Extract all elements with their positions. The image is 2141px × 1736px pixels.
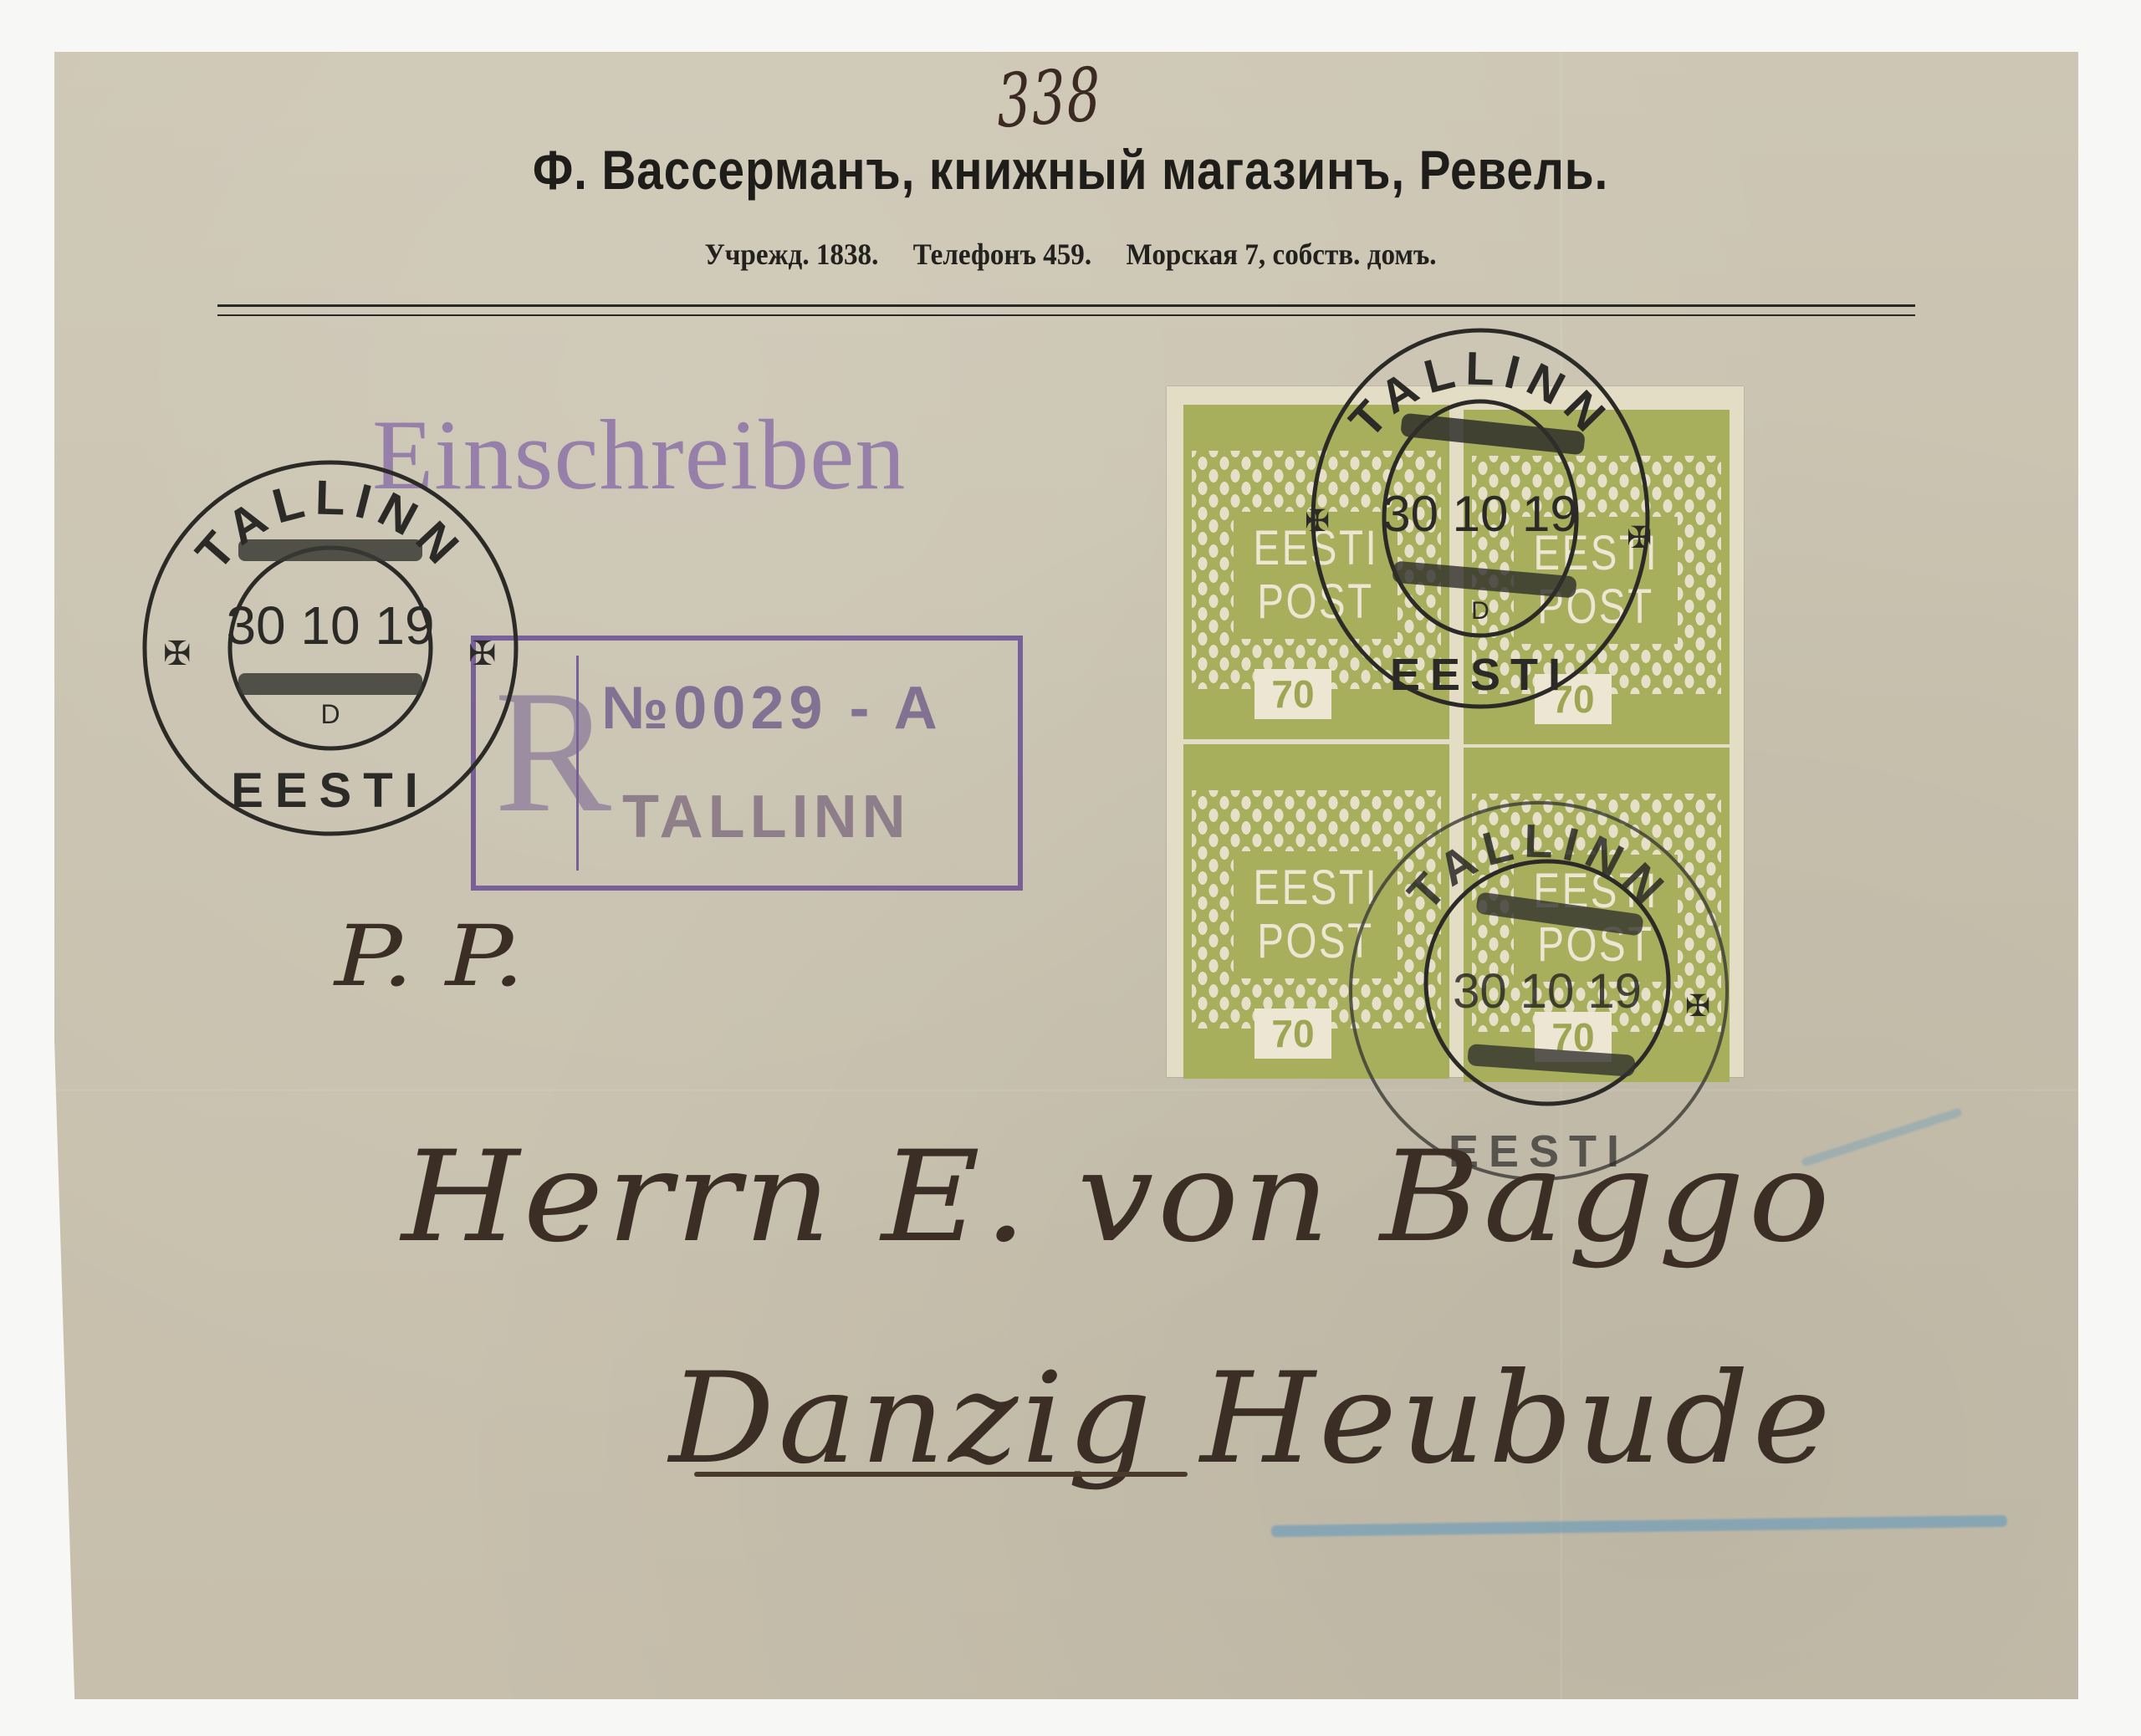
handwritten-initials: P. P. [335,907,524,1005]
letterhead-details: Учрежд. 1838. Телефонъ 459. Морская 7, с… [85,237,2055,272]
cross-icon: ✠ [163,636,192,672]
cross-icon: ✠ [1685,988,1710,1023]
postmark-series: D [1471,597,1490,625]
manuscript-number: 338 [995,51,1103,145]
postmark-series: D [320,699,340,729]
postmark-date: 30 10 19 [226,595,434,656]
postmark-country: EESTI [231,763,430,818]
letterhead-address: Морская 7, собств. домъ. [1127,237,1437,271]
stamp-denomination: 70 [1254,1008,1331,1059]
addressee: Herrn E. von Baggo [401,1125,1833,1270]
destination-underline [694,1472,1188,1477]
postmark-stamps-top: TALLINN 30 10 19 D EESTI ✠ ✠ [1284,322,1677,715]
letterhead-phone: Телефонъ 459. [913,237,1091,271]
registration-divider [576,656,579,871]
cross-icon: ✠ [468,636,497,672]
registration-number: №0029 - A [601,674,943,743]
postmark-country: EESTI [1390,650,1571,700]
letterhead-rule [217,304,1915,307]
letterhead-rule [217,314,1915,316]
cross-icon: ✠ [1627,520,1652,554]
registration-office: TALLINN [622,783,911,851]
postmark-left: TALLINN 30 10 19 D EESTI ✠ ✠ [138,456,523,840]
registration-label-box: R №0029 - A TALLINN [471,636,1023,891]
letterhead-title: Ф. Вассерманъ, книжный магазинъ, Ревель. [150,138,1991,202]
destination: Danzig Heubude [669,1346,1834,1492]
letterhead-founded: Учрежд. 1838. [704,237,878,271]
postmark-date: 30 10 19 [1453,964,1642,1019]
postmark-date: 30 10 19 [1382,486,1578,542]
paper-fold [54,1089,2078,1091]
postmark-town: TALLINN [186,470,475,580]
cross-icon: ✠ [1305,503,1330,538]
